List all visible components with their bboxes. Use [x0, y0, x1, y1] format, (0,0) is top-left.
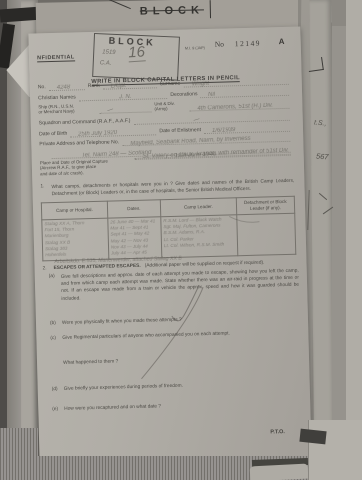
block-stamp-crossed: BLOCK [140, 4, 204, 17]
question-2d-text: Give briefly your experiences during per… [64, 384, 183, 392]
pen-stroke [107, 0, 131, 9]
decorations-field: Nil [200, 88, 289, 98]
capture-handwriting-2: 12th June 1940 [175, 151, 217, 159]
camps-table-wrap: Camp or Hospital. Dates. Camp Leader. De… [41, 196, 296, 262]
question-2a-label: (a) [49, 274, 62, 303]
capture-label: Place and Date of Original Capture (Airc… [40, 158, 132, 176]
decorations-handwriting: Nil [208, 92, 215, 98]
enlistment-label: Date of Enlistment [159, 128, 201, 135]
cell-dates: 26 June 40 — Mar 41 Mar 41 — Sept 41 Sep… [108, 217, 162, 259]
pencil-number: 16 [128, 43, 146, 62]
question-1: 1. What camps, detachments or hospitals … [40, 178, 294, 199]
dob-label: Date of Birth [39, 132, 67, 139]
serial-series: A [279, 37, 285, 46]
loose-paper-bottom [250, 463, 309, 480]
no-label: No. [38, 85, 46, 91]
handwriting-fragment-2: 567 [316, 152, 329, 162]
left-edge-dark [0, 0, 7, 480]
surname-label: Surname [160, 82, 181, 88]
address-field: Mayfield, Seabank Road, Nairn, by Invern… [122, 134, 290, 146]
question-2a: (a) Give full descriptions and approx. d… [49, 268, 300, 303]
unit-label-line2: (Army) [154, 106, 167, 111]
question-2e-text: How were you recaptured and on what date… [64, 404, 161, 412]
ship-handwriting: — [107, 106, 115, 114]
address-label: Private Address and Telephone No. [39, 140, 119, 148]
question-2c-text: Give Regimental particulars of anyone wh… [62, 331, 230, 340]
rank-handwriting: L/Cpl. [111, 83, 127, 90]
col-camp-leader: Camp Leader. [160, 198, 236, 217]
question-2a-text: Give full descriptions and approx. date … [61, 268, 300, 303]
christian-names-label: Christian Names [38, 96, 76, 103]
question-2e-label: (e) [52, 407, 64, 412]
cell-leaders: R.S.M. Lord — Black Watch Sgt. Maj. Fult… [161, 215, 238, 258]
christian-handwriting: J. N. [119, 94, 132, 101]
section-2-title: ESCAPES OR ATTEMPTED ESCAPES. [54, 264, 141, 271]
squadron-label: Squadron and Command (R.A.F., A.A.F.) [39, 119, 131, 127]
pto-label: P.T.O. [270, 429, 285, 435]
camps-table: Camp or Hospital. Dates. Camp Leader. De… [41, 196, 296, 262]
question-2c2-text: What happened to them ? [63, 359, 118, 365]
surname-field: Wright [183, 77, 289, 88]
col-detachment-leader: Detachment or Block Leader (if any). [236, 196, 295, 214]
dob-field: 25th July 1920 [70, 127, 156, 137]
rank-label: Rank [88, 84, 100, 90]
question-2c: (c) Give Regimental particulars of anyon… [50, 330, 298, 341]
col-dates: Dates. [107, 200, 161, 218]
right-paper-edge-4 [346, 0, 362, 480]
unit-label: Unit & Div. (Army) [154, 101, 186, 112]
question-2c-label: (c) [50, 336, 62, 341]
ship-label: Ship (R.N., U.S.N. or Merchant Navy) [38, 103, 96, 115]
serial-no-label: No [215, 40, 224, 49]
handwriting-fragment: t.S., [314, 119, 327, 127]
capture-label-line3: and date of a/c crash). [40, 170, 84, 176]
no-handwriting: 4248 [57, 84, 71, 91]
pencil-note-2: C.A. [100, 60, 112, 67]
unit-field: 4th Camerons, 51st (H.) Div. [189, 100, 289, 111]
section-2-number: 2. [43, 266, 54, 271]
document-photo: BLOCK t.S., 567 NFIDENTIAL BLOCK 1519 C.… [0, 0, 362, 480]
dob-handwriting: 25th July 1920 [78, 130, 117, 138]
pen-bracket-mark [307, 57, 324, 72]
christian-names-field: J. N. [79, 91, 168, 101]
question-2b-text: Were you physically fit when you made th… [62, 318, 182, 326]
cell-detachment [237, 213, 296, 256]
question-1-number: 1. [40, 184, 51, 199]
question-2b: (b) Were you physically fit when you mad… [50, 315, 298, 326]
form-reference: M.I. 9 (JAP) [185, 46, 205, 51]
loose-paper-bottom-right [308, 420, 362, 480]
leader-entry: Lt. Col. Wilson, R.S.M. Smith [164, 241, 235, 249]
question-2d-label: (d) [52, 387, 64, 392]
question-1-text: What camps, detachments or hospitals wer… [51, 178, 294, 199]
decorations-label: Decorations [170, 92, 197, 99]
no-field: 4248 [49, 82, 85, 91]
enlistment-handwriting: 1/6/1939 [212, 127, 236, 134]
rank-field: L/Cpl. [103, 80, 157, 89]
surname-handwriting: Wright [191, 81, 209, 88]
squadron-field: — [133, 113, 289, 125]
pencil-note: 1519 [102, 49, 116, 56]
question-2b-label: (b) [50, 321, 62, 326]
capture-fields: St. Valery-en-Caux, France, with remaind… [132, 154, 294, 160]
dark-sliver [299, 429, 326, 445]
ship-field: — [99, 104, 151, 113]
question-2d: (d) Give briefly your experiences during… [52, 381, 300, 392]
unit-handwriting: 4th Camerons, 51st (H.) Div. [197, 102, 273, 111]
serial-number: 12149 [235, 39, 261, 49]
ship-label-line2: or Merchant Navy) [38, 109, 74, 115]
enlistment-field: 1/6/1939 [204, 124, 290, 134]
confidential-label: NFIDENTIAL [37, 54, 75, 62]
squadron-handwriting: — [193, 117, 200, 124]
question-2e: (e) How were you recaptured and on what … [52, 401, 300, 412]
cell-camps: Stalag XX A, Thorn Fort 15, Thorn Marien… [42, 218, 109, 261]
table-body-row: Stalag XX A, Thorn Fort 15, Thorn Marien… [42, 213, 296, 261]
form-sheet: NFIDENTIAL BLOCK 1519 C.A. 16 M.I. 9 (JA… [28, 27, 311, 464]
col-camp-or-hospital: Camp or Hospital. [41, 201, 107, 220]
